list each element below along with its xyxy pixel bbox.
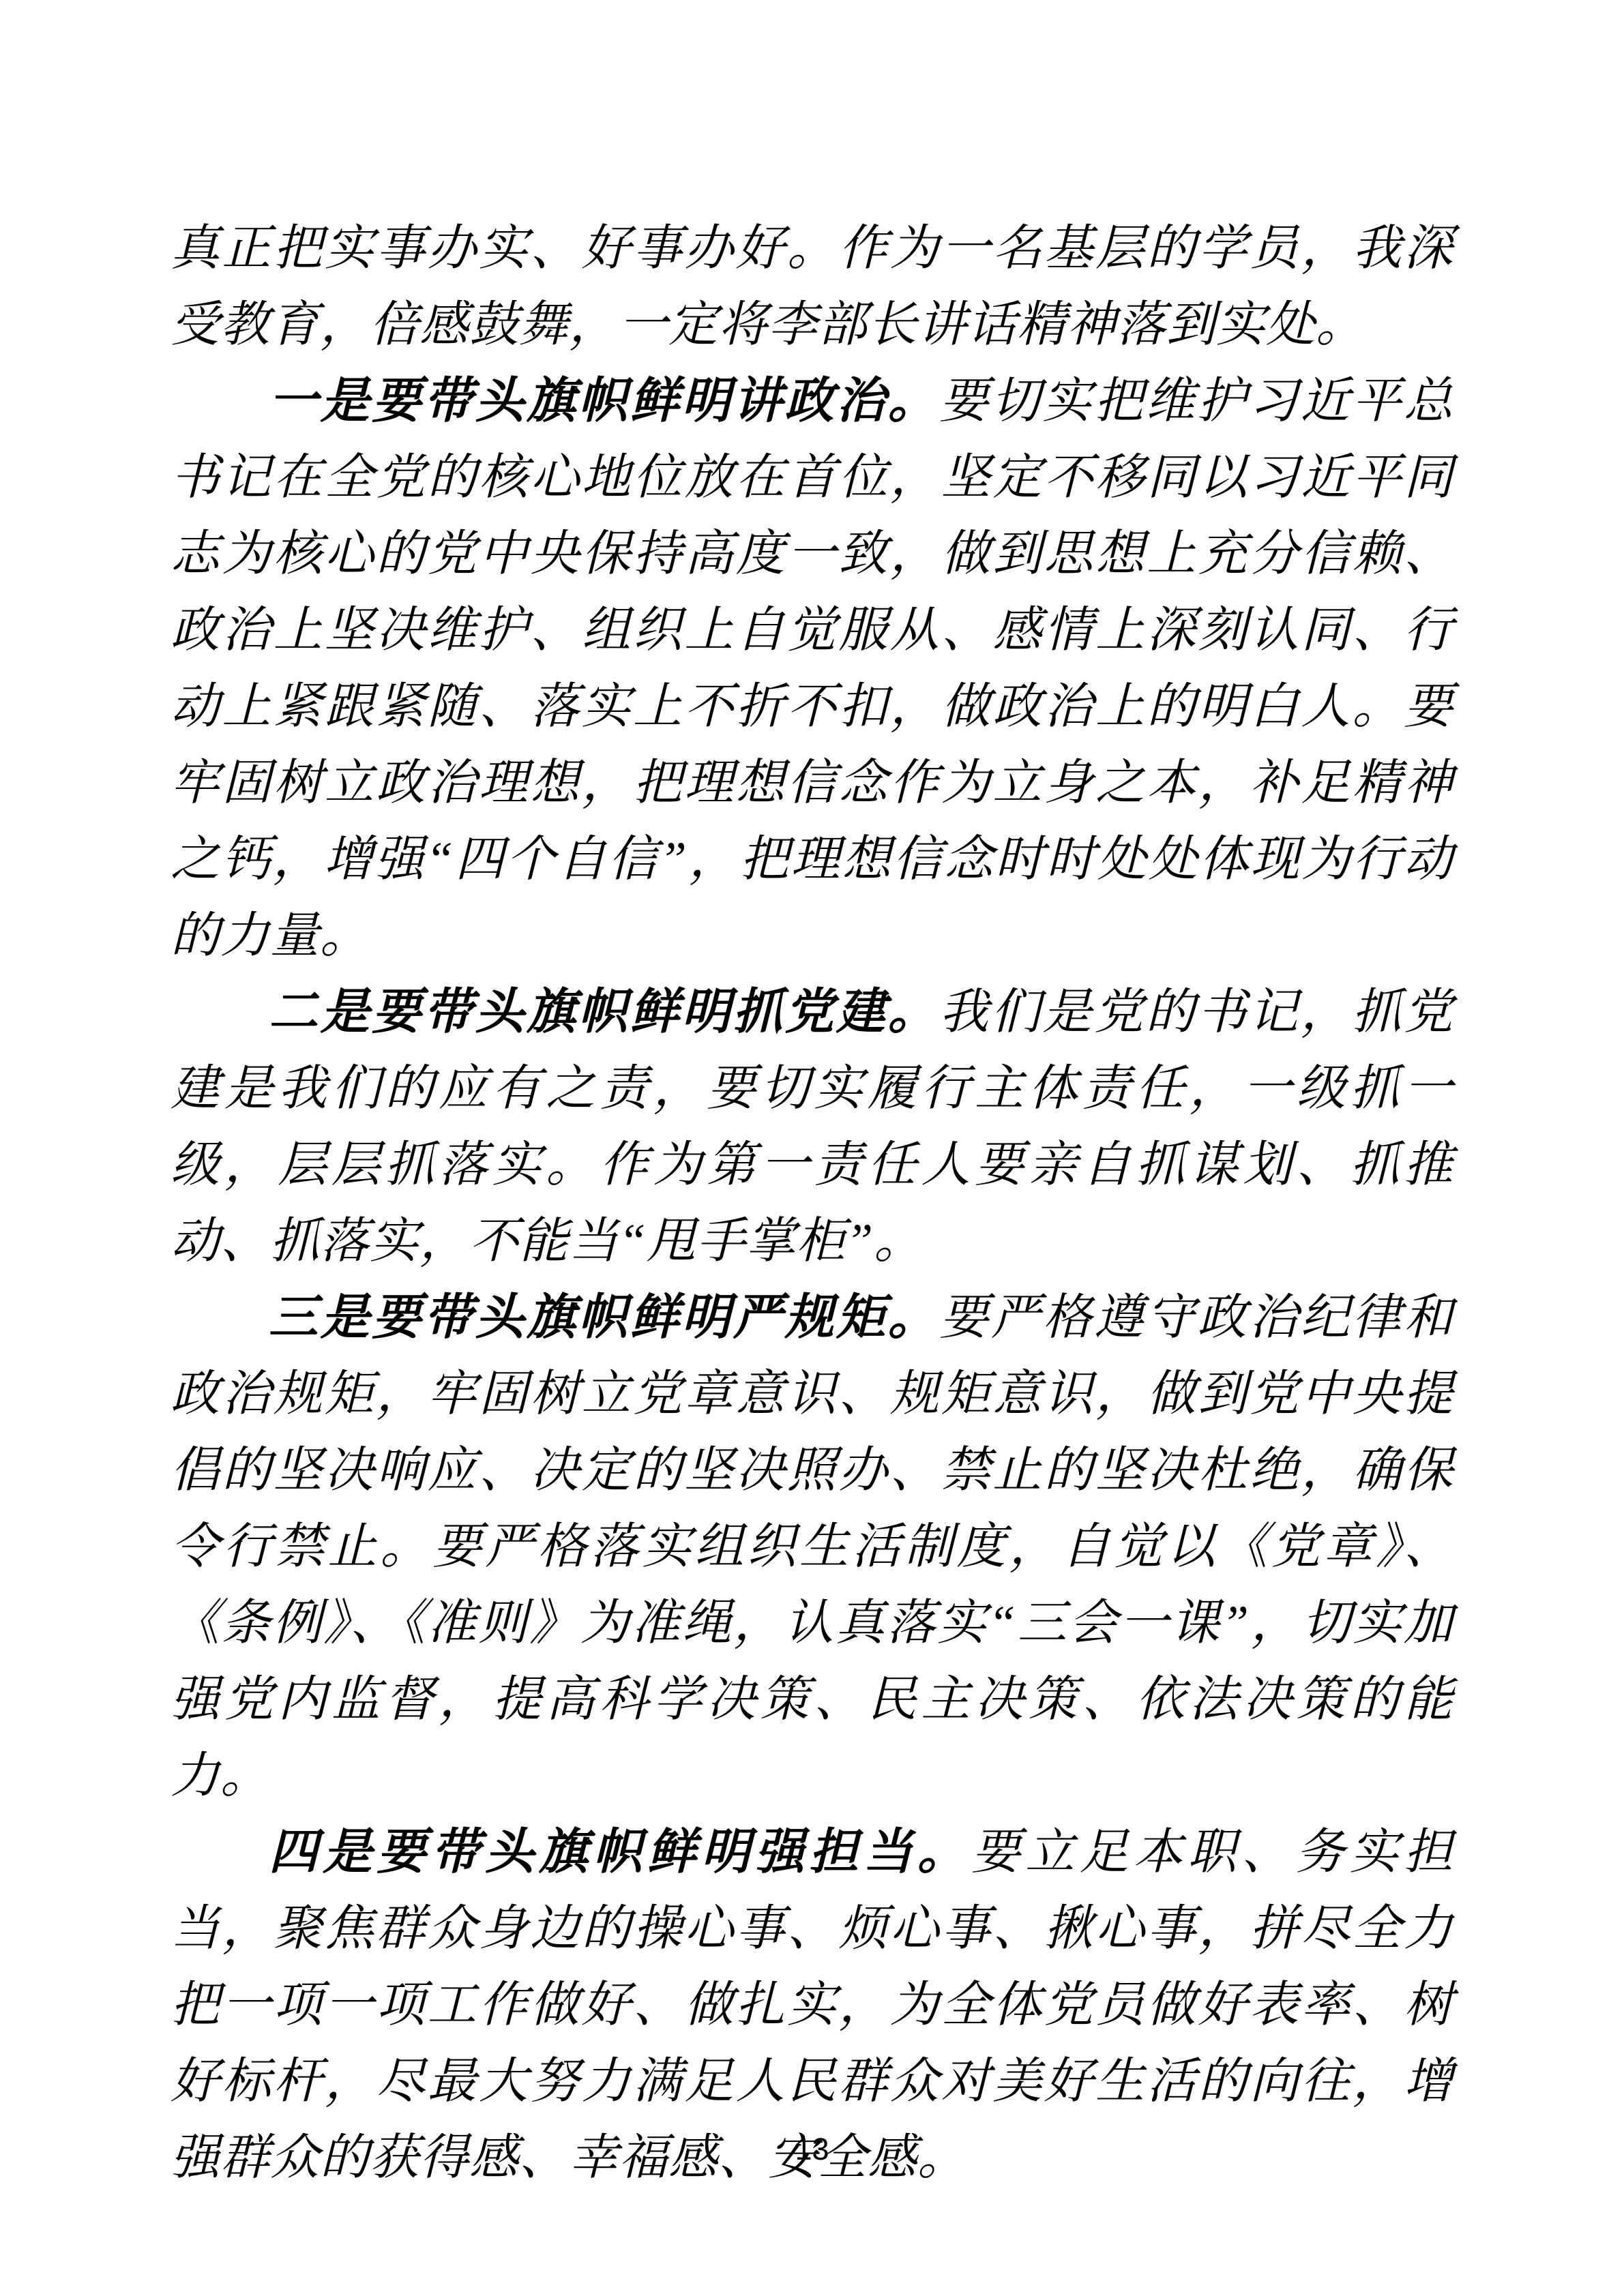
paragraph-text: 要严格遵守政治纪律和政治规矩，牢固树立党章意识、规矩意识，做到党中央提倡的坚决响… <box>171 1290 1453 1803</box>
paragraph-point-2: 二是要带头旗帜鲜明抓党建。我们是党的书记，抓党建是我们的应有之责，要切实履行主体… <box>171 974 1453 1279</box>
paragraph-point-3: 三是要带头旗帜鲜明严规矩。要严格遵守政治纪律和政治规矩，牢固树立党章意识、规矩意… <box>171 1279 1453 1814</box>
paragraph-point-1: 一是要带头旗帜鲜明讲政治。要切实把维护习近平总书记在全党的核心地位放在首位，坚定… <box>171 363 1453 974</box>
document-page: 真正把实事办实、好事办好。作为一名基层的学员，我深受教育，倍感鼓舞，一定将李部长… <box>0 0 1624 2296</box>
paragraph-text: 要切实把维护习近平总书记在全党的核心地位放在首位，坚定不移同以习近平同志为核心的… <box>171 374 1453 963</box>
paragraph-lead: 三是要带头旗帜鲜明严规矩。 <box>269 1290 939 1345</box>
paragraph-lead: 一是要带头旗帜鲜明讲政治。 <box>269 374 939 428</box>
paragraph-lead: 二是要带头旗帜鲜明抓党建。 <box>269 985 939 1039</box>
paragraph-continuation: 真正把实事办实、好事办好。作为一名基层的学员，我深受教育，倍感鼓舞，一定将李部长… <box>171 210 1453 363</box>
document-body: 真正把实事办实、好事办好。作为一名基层的学员，我深受教育，倍感鼓舞，一定将李部长… <box>171 210 1453 2196</box>
paragraph-lead: 四是要带头旗帜鲜明强担当。 <box>269 1825 971 1879</box>
page-number: 13 <box>795 2132 829 2166</box>
page-footer: 13 <box>0 2130 1624 2168</box>
paragraph-text: 真正把实事办实、好事办好。作为一名基层的学员，我深受教育，倍感鼓舞，一定将李部长… <box>171 221 1453 352</box>
